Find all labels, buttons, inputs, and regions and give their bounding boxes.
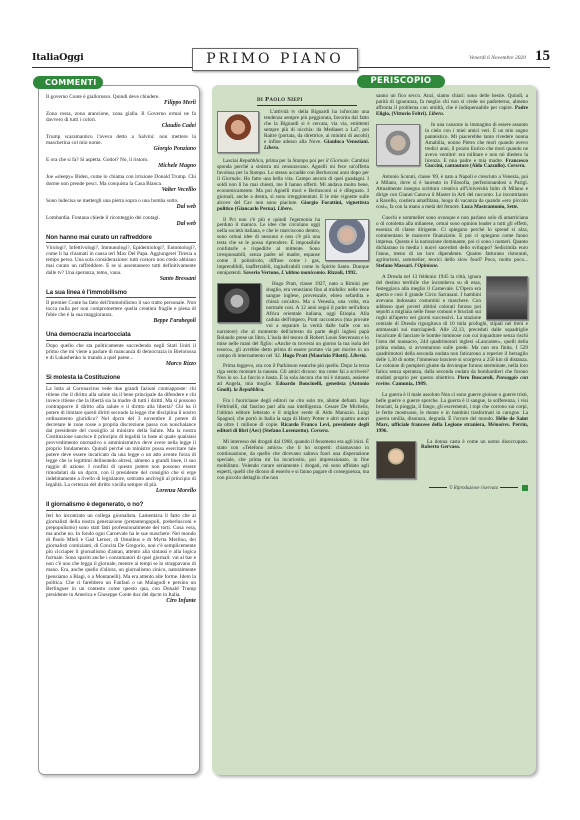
comment-text: Zona rossa, zona arancione, zona gialla.… — [46, 111, 196, 123]
commenti-box: COMMENTI Il governo Conte è giallorosso.… — [38, 85, 200, 775]
letter-heading: Non hanno mai curato un raffreddore — [46, 232, 196, 244]
quote-extra: Camunia, 1989. — [392, 381, 427, 387]
letter-heading: Una democrazia incartocciata — [46, 329, 196, 341]
quote-item: La guerra è il male assoluto Non ci sono… — [376, 393, 528, 435]
quote-item: sanno un fico secco. Anzi, siamo chiari:… — [376, 94, 528, 118]
quote-item: A Dresda nel 13 febbraio 1945 la città, … — [376, 275, 528, 388]
quote-item: In una canzone io immagino di essere ass… — [376, 123, 528, 171]
quote-text: sanno un fico secco. Anzi, siamo chiari:… — [376, 93, 528, 111]
comment-item: Zona rossa, zona arancione, zona gialla.… — [46, 111, 196, 129]
copyright-note: © Riproduzione riservata — [376, 485, 528, 492]
periscopio-box: PERISCOPIO di Paolo Siepi L'attività tv … — [212, 85, 536, 775]
quote-item: Antonio Scurati, classe '69, è nato a Na… — [376, 175, 528, 211]
letter-item: Si molesta la CostituzioneLa lotta al Co… — [46, 372, 196, 494]
quote-outlet: Libero. — [429, 111, 444, 117]
quote-outlet: Mémoires. — [488, 422, 511, 428]
quote-extra: Rizzoli, 1992. — [327, 270, 357, 276]
page-number: 15 — [533, 48, 550, 65]
comment-text: Trump scaramantico l'aveva detto a Salvi… — [46, 134, 196, 146]
quote-source: Piero Buscaroli, — [458, 375, 494, 381]
date-line: Venerdì 6 Novembre 2020 — [465, 55, 530, 61]
comment-author: Dal web — [46, 204, 196, 210]
quote-text: Antonio Scurati, classe '69, è nato a Na… — [376, 174, 528, 210]
comment-author: Claudio Cadei — [46, 123, 196, 129]
letter-item: La sua linea è l'immobilismoIl premier C… — [46, 287, 196, 325]
quote-source: Roberto Gervaso. — [421, 444, 460, 450]
comment-item: Sono indecisa se mettergli una pietra so… — [46, 198, 196, 210]
quote-item: Prima leggevo, ora con il Parkinson nean… — [217, 364, 369, 394]
comment-item: Lombardia. Fontana chiede il riconteggio… — [46, 215, 196, 227]
quote-item: Il Pci non c'è più e quindi l'egemonia h… — [217, 218, 369, 278]
quote-item: L'attività tv della Bignardi ha inforcat… — [217, 110, 369, 154]
comment-author: Filippo Merli — [46, 100, 196, 106]
quote-item: La donna casta è come un uomo disoccupat… — [376, 440, 528, 480]
dresda-photo-image — [486, 276, 528, 320]
quote-outlet: Corsera. — [311, 428, 329, 434]
quote-item: Lasciai Repubblica, prima per la Stampa … — [217, 159, 369, 213]
letter-author: Ciro Infante — [46, 598, 196, 604]
quote-outlet: Libero. — [264, 145, 279, 151]
quote-outlet: l'Opinione. — [414, 263, 438, 269]
quote-outlet: Sette. — [507, 204, 519, 210]
comment-author: Giorgio Ponziano — [46, 146, 196, 152]
letter-text: Il premier Conte ha fatto dell'immobilis… — [46, 300, 196, 318]
quote-item: Mi interesso dei drogati dal 1968, quand… — [217, 440, 369, 482]
comment-item: E ora che si fa? Si aspetta. Godot? No, … — [46, 157, 196, 169]
section-title: PRIMO PIANO — [192, 48, 358, 71]
periscopio-column-1: di Paolo Siepi L'attività tv della Bigna… — [217, 94, 369, 487]
quote-source: Luca Mastrantonio, — [461, 204, 505, 210]
letter-heading: Si molesta la Costituzione — [46, 372, 196, 384]
quote-outlet: Libero. — [278, 206, 293, 212]
comment-item: Trump scaramantico l'aveva detto a Salvi… — [46, 134, 196, 152]
woman-portrait-image — [217, 111, 259, 153]
quote-item: Hugo Pratt, classe 1927, nato a Rimini p… — [217, 282, 369, 359]
letter-item: Non hanno mai curato un raffreddoreVirol… — [46, 232, 196, 282]
quote-outlet: L'ultimo manicomio. — [281, 270, 326, 276]
letter-text: Virologi?, Infettivologi?, Immunologi?, … — [46, 245, 196, 275]
letter-item: Il giornalismo è degenerato, o no?Ieri h… — [46, 499, 196, 603]
commenti-body: Il governo Conte è giallorosso. Quindi d… — [46, 94, 196, 609]
letter-text: Dopo quello che sta politicamente succed… — [46, 343, 196, 361]
quote-source: Saverio Vertone, — [243, 270, 280, 276]
letter-author: Santo Bressani — [46, 276, 196, 282]
copyright-text: © Riproduzione riservata — [449, 486, 498, 491]
comment-author: Dal web — [46, 221, 196, 227]
quote-outlet: Libertà. — [350, 353, 367, 359]
periscopio-label: PERISCOPIO — [357, 75, 445, 88]
quote-item: Cuochi e sommelier sono ovunque e non pa… — [376, 216, 528, 270]
commenti-label: COMMENTI — [33, 76, 103, 89]
quote-text: Mi interesso dei drogati dal 1968, quand… — [217, 439, 369, 481]
quote-item: Fra i fuoriclasse degli editori ne cito … — [217, 399, 369, 435]
rule-line — [429, 487, 447, 488]
comment-author: Valter Vecellio — [46, 187, 196, 193]
end-square-icon — [522, 485, 528, 491]
hugo-pratt-portrait-image — [217, 283, 261, 323]
quote-outlet: Corsera. — [507, 163, 525, 169]
comment-item: Joe «sleepy» Biden, come lo chiama con i… — [46, 174, 196, 192]
quote-source: Stefano Massari. — [376, 263, 413, 269]
masthead: ItaliaOggi PRIMO PIANO Venerdì 6 Novembr… — [32, 48, 550, 70]
byline: di Paolo Siepi — [257, 97, 357, 106]
old-man-portrait-image — [325, 219, 369, 261]
quote-source: Hugo Pratt (Maurizio Pilotti). — [282, 353, 348, 359]
comment-author: Michele Magno — [46, 163, 196, 169]
letter-author: Lorenza Morello — [46, 488, 196, 494]
letter-author: Marco Rizzo — [46, 361, 196, 367]
comment-text: Joe «sleepy» Biden, come lo chiama con i… — [46, 174, 196, 186]
letter-text: Ieri ho incontrato un collega giornalist… — [46, 513, 196, 598]
letter-author: Beppe Farabegoli — [46, 318, 196, 324]
quote-outlet: la Repubblica. — [234, 387, 265, 393]
comment-text: Sono indecisa se mettergli una pietra so… — [46, 198, 196, 204]
guccini-portrait-image — [376, 124, 420, 166]
quote-source: Gianluca Veneziani. — [324, 139, 369, 145]
letter-item: Una democrazia incartocciataDopo quello … — [46, 329, 196, 367]
rule-line — [500, 487, 518, 488]
quote-text: Cuochi e sommelier sono ovunque e non pa… — [376, 215, 528, 263]
comment-item: Il governo Conte è giallorosso. Quindi d… — [46, 94, 196, 106]
gervaso-portrait-image — [376, 441, 416, 479]
periscopio-column-2: sanno un fico secco. Anzi, siamo chiari:… — [376, 94, 528, 492]
letter-text: La lotta al Coronavirus vede due grandi … — [46, 386, 196, 489]
letter-heading: La sua linea è l'immobilismo — [46, 287, 196, 299]
letter-heading: Il giornalismo è degenerato, o no? — [46, 499, 196, 511]
brand-logo: ItaliaOggi — [32, 52, 88, 63]
